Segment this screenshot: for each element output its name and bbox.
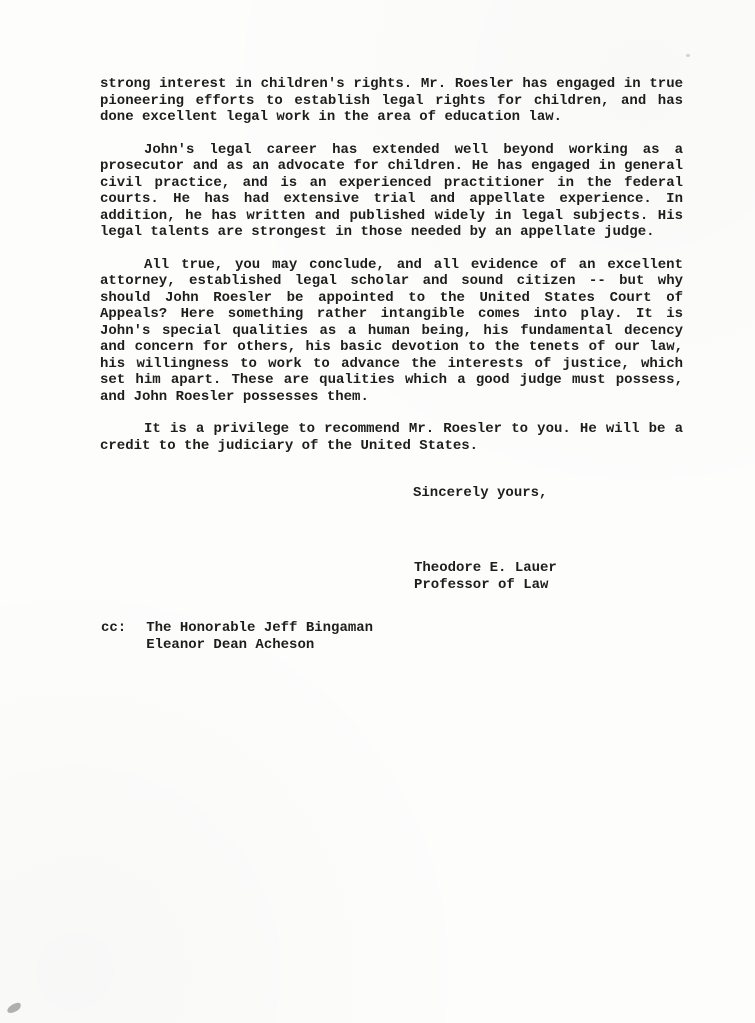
letter-body: strong interest in children's rights. Mr… bbox=[100, 76, 683, 470]
scanned-letter-page: strong interest in children's rights. Mr… bbox=[0, 0, 755, 1023]
cc-block: cc: The Honorable Jeff Bingaman Eleanor … bbox=[101, 620, 373, 653]
cc-names: The Honorable Jeff Bingaman Eleanor Dean… bbox=[146, 620, 373, 653]
signature-name: Theodore E. Lauer bbox=[414, 560, 557, 577]
paragraph-special-qualities: All true, you may conclude, and all evid… bbox=[100, 257, 683, 406]
cc-label: cc: bbox=[101, 620, 126, 653]
closing-salutation: Sincerely yours, bbox=[413, 485, 547, 502]
paragraph-legal-career: John's legal career has extended well be… bbox=[100, 142, 683, 241]
cc-name: The Honorable Jeff Bingaman bbox=[146, 620, 373, 637]
scan-smudge bbox=[7, 1002, 21, 1015]
cc-name: Eleanor Dean Acheson bbox=[146, 637, 373, 654]
signature-title: Professor of Law bbox=[414, 577, 557, 594]
signature-block: Theodore E. Lauer Professor of Law bbox=[414, 560, 557, 593]
paragraph-continuation: strong interest in children's rights. Mr… bbox=[100, 76, 683, 126]
scan-speck bbox=[686, 54, 690, 57]
paragraph-recommendation: It is a privilege to recommend Mr. Roesl… bbox=[100, 421, 683, 454]
